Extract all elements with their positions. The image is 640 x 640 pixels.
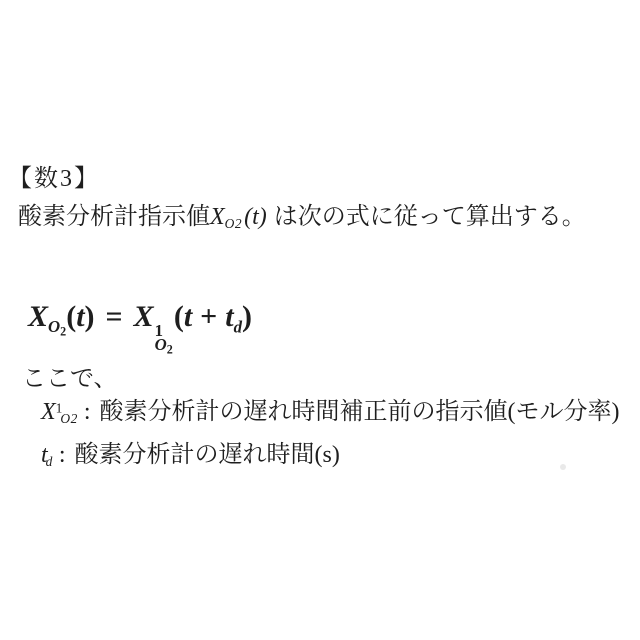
rhs-arg-var1: t [184, 300, 192, 333]
def2-colon: : [59, 442, 66, 468]
lhs-arg-var: t [76, 300, 84, 333]
def1-subscript: O2 [60, 411, 77, 426]
definition-row-x1o2: X1O2:酸素分析計の遅れ時間補正前の指示値(モル分率) [41, 397, 619, 428]
scan-artifact-dot [560, 464, 566, 470]
symbol-td: td [41, 442, 53, 468]
lhs-paren-close: ) [85, 300, 95, 333]
intro-text-prefix: 酸素分析計指示値 [18, 204, 210, 230]
rhs-base: X [134, 300, 154, 333]
equals-sign: = [106, 300, 123, 333]
document-page: 【数3】 酸素分析計指示値XO2(t)は次の式に従って算出する。 XO2(t)=… [0, 0, 640, 640]
rhs-arg-var2: t [225, 300, 233, 333]
inline-var-argument: (t) [244, 204, 267, 230]
intro-text-suffix: は次の式に従って算出する。 [274, 204, 586, 230]
symbol-x1o2: X1O2 [41, 399, 78, 425]
def2-text: 酸素分析計の遅れ時間(s) [75, 442, 340, 468]
where-label: ここで、 [22, 365, 118, 394]
definition-row-td: td:酸素分析計の遅れ時間(s) [41, 440, 340, 471]
lhs-paren-open: ( [66, 300, 76, 333]
rhs-supsub-stack: 1O2 [155, 324, 173, 355]
plus-sign: + [200, 300, 217, 333]
def1-text: 酸素分析計の遅れ時間補正前の指示値(モル分率) [100, 399, 620, 425]
equation-lhs: XO2(t) [28, 300, 95, 333]
inline-var-subscript: O2 [225, 216, 242, 231]
rhs-paren-close: ) [242, 300, 252, 333]
intro-sentence: 酸素分析計指示値XO2(t)は次の式に従って算出する。 [18, 202, 586, 233]
inline-var-xo2: XO2(t) [210, 204, 267, 230]
equation-rhs: X1O2(t+td) [134, 300, 252, 333]
def1-colon: : [84, 399, 91, 425]
display-equation: XO2(t)=X1O2(t+td) [28, 299, 252, 356]
lhs-base: X [28, 300, 48, 333]
inline-var-base: X [210, 204, 225, 230]
rhs-arg-var2-subscript: d [234, 317, 242, 336]
def1-base: X [41, 399, 56, 425]
lhs-subscript: O2 [48, 317, 66, 336]
equation-block-label: 【数3】 [8, 166, 100, 194]
rhs-paren-open: ( [174, 300, 184, 333]
def2-subscript: d [46, 454, 53, 469]
rhs-subscript: O2 [155, 338, 173, 356]
